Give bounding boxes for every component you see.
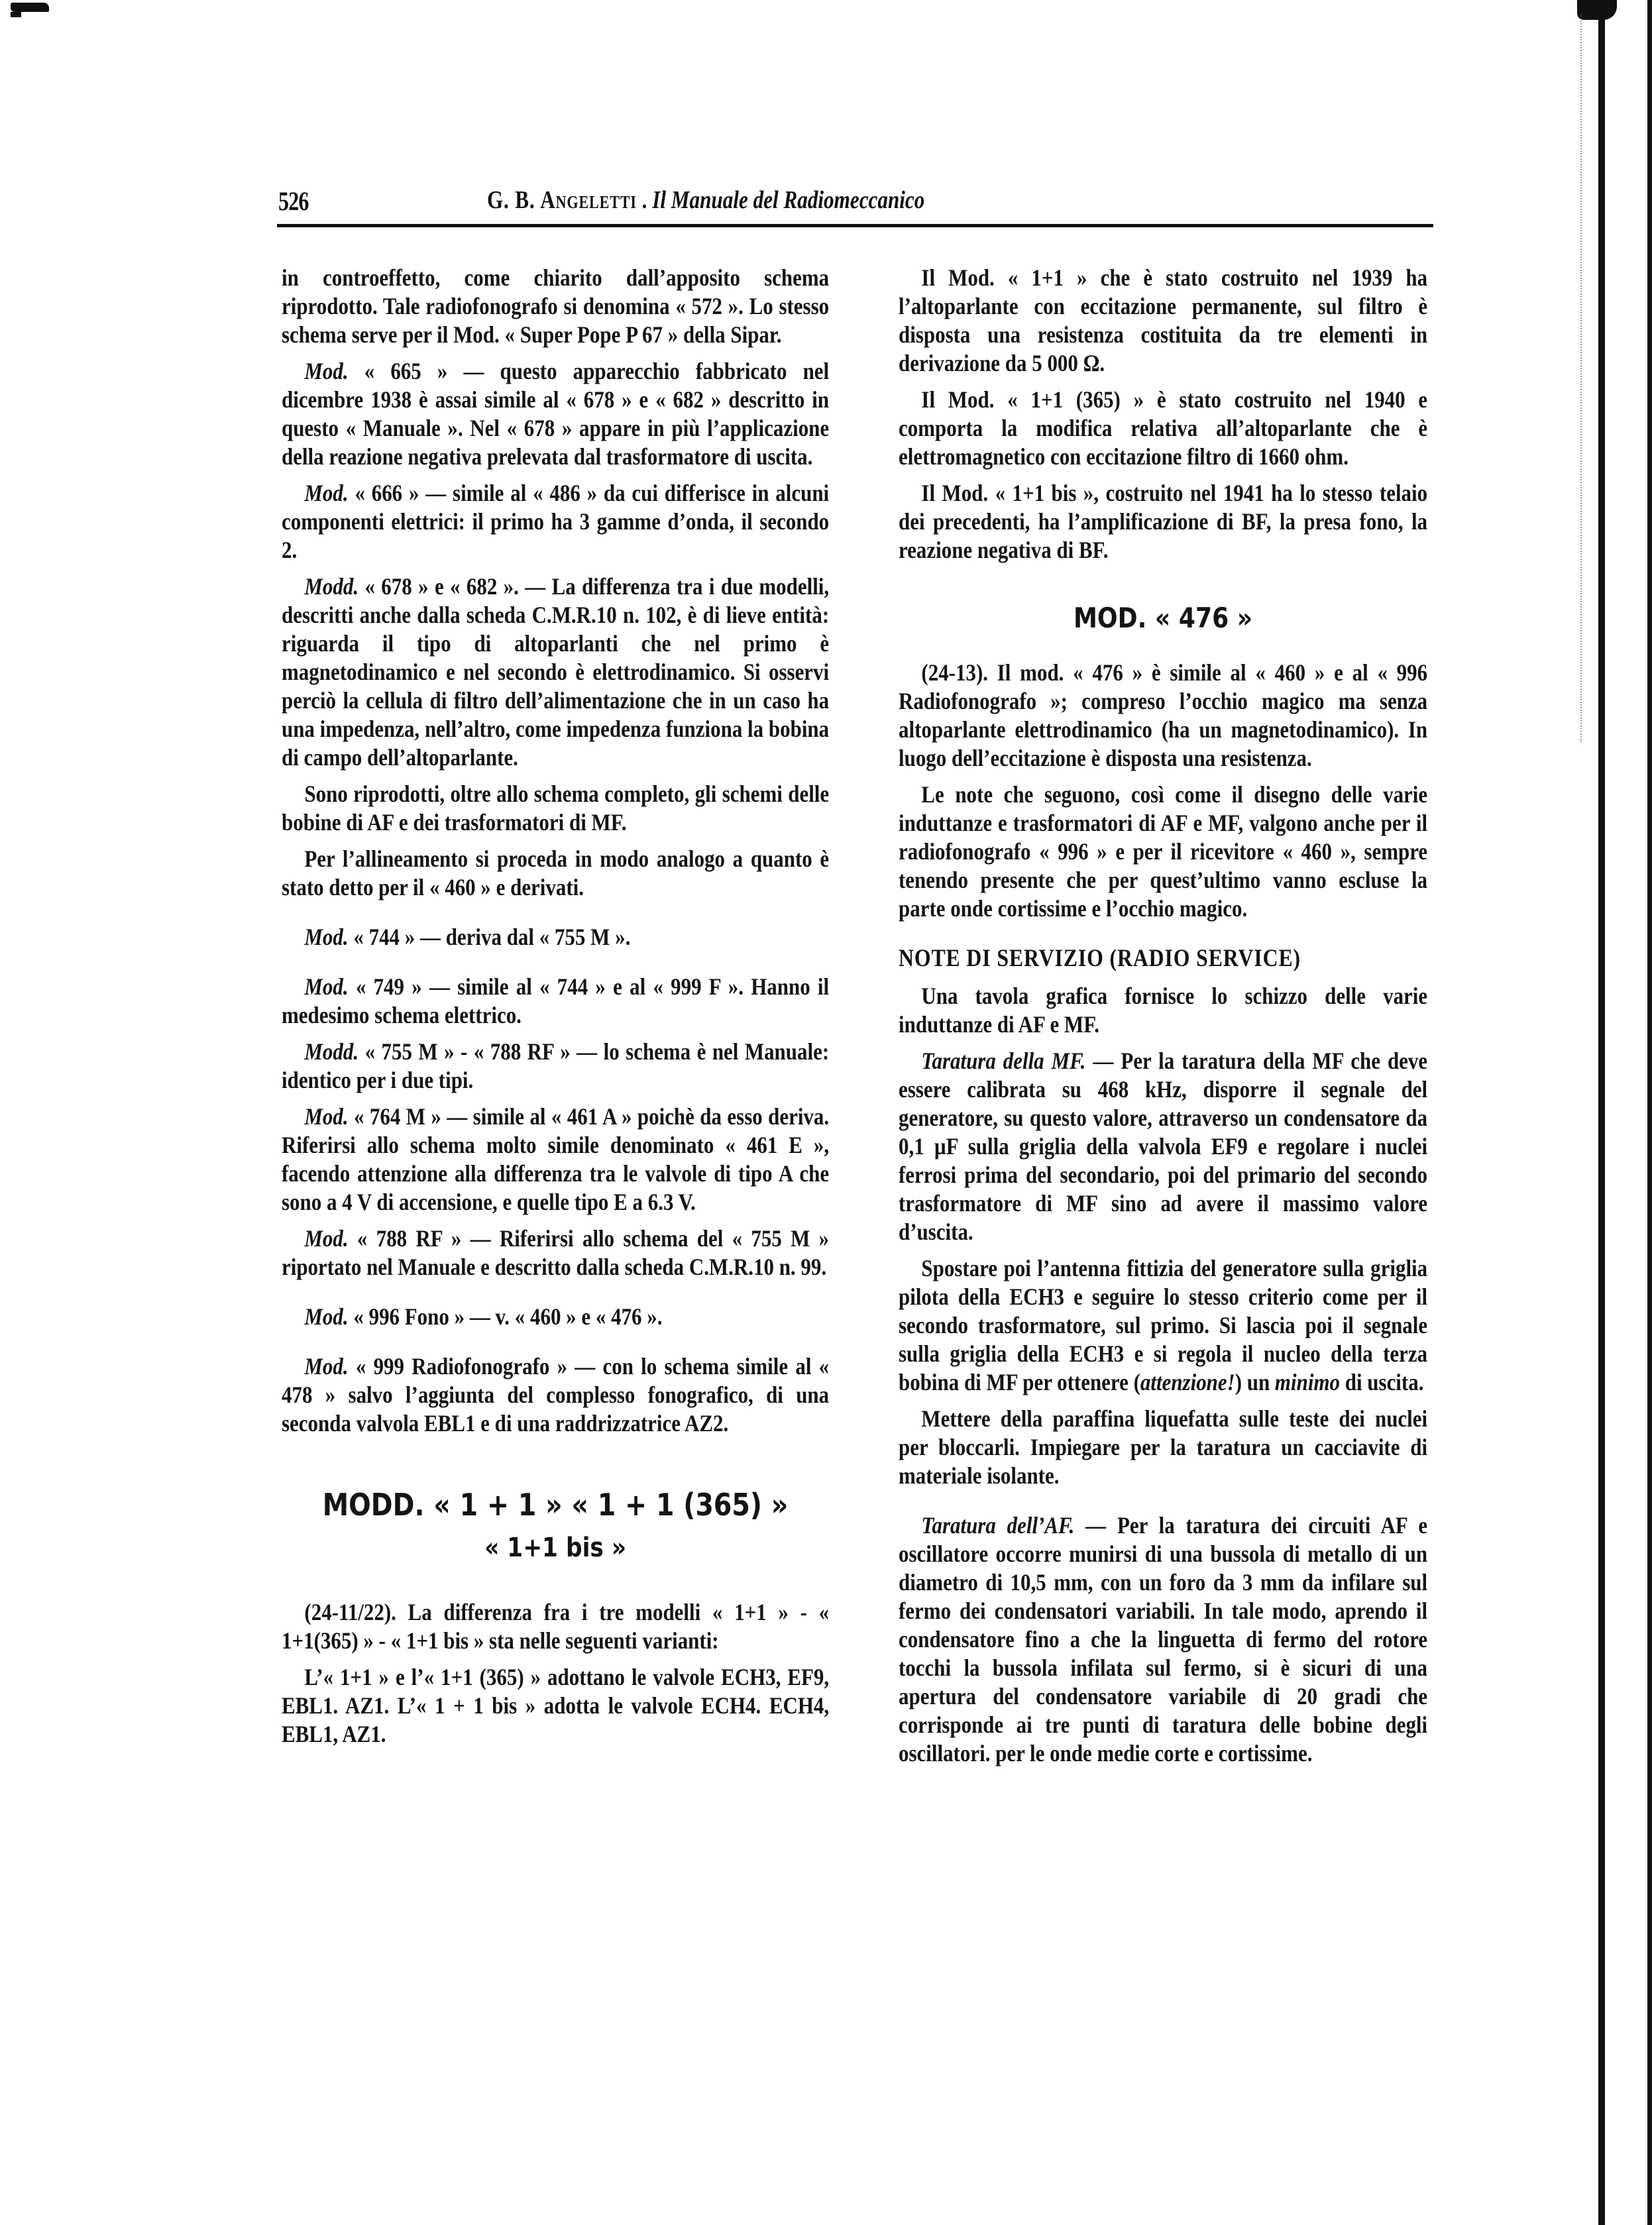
paragraph-text: in controeffetto, come chiarito dall’app…	[282, 264, 829, 348]
section-heading-subtitle: « 1+1 bis »	[282, 1532, 829, 1564]
spacer	[282, 910, 829, 923]
right-column-body: Il Mod. « 1+1 » che è stato costruito ne…	[899, 264, 1427, 1768]
paragraph-text: « 755 M » - « 788 RF » — lo schema è nel…	[282, 1038, 829, 1093]
header-rule	[277, 224, 1433, 227]
paragraph-text: « 764 M » — simile al « 461 A » poichè d…	[282, 1103, 829, 1215]
paragraph-text: Il Mod. « 1+1 (365) » è stato costruito …	[899, 386, 1427, 470]
model-label: Mod.	[304, 1353, 348, 1380]
model-label: Modd.	[304, 1038, 358, 1065]
author-surname-rest: NGELETTI	[556, 192, 637, 212]
paragraph: Le note che seguono, così come il disegn…	[899, 781, 1427, 923]
paragraph: Mod. « 996 Fono » — v. « 460 » e « 476 »…	[282, 1303, 829, 1331]
paragraph-text: (24-11/22). La differenza fra i tre mode…	[282, 1599, 829, 1654]
model-label: Mod.	[304, 1103, 348, 1130]
paragraph: Taratura della MF. — Per la taratura del…	[899, 1047, 1427, 1246]
paragraph: Mod. « 744 » — deriva dal « 755 M ».	[282, 923, 829, 951]
spacer	[282, 1472, 829, 1486]
binding-shadow	[1577, 0, 1617, 20]
section-heading: MOD. « 476 »	[899, 599, 1427, 637]
service-notes-heading: NOTE DI SERVIZIO (RADIO SERVICE)	[899, 944, 1427, 973]
binding-shadow	[1598, 0, 1605, 2225]
paragraph: Taratura dell’AF. — Per la taratura dei …	[899, 1511, 1427, 1768]
spacer	[282, 1572, 829, 1598]
paragraph-text: Una tavola grafica fornisce lo schizzo d…	[899, 983, 1427, 1038]
paragraph: Mod. « 665 » — questo apparecchio fabbri…	[282, 357, 829, 471]
procedure-label: Taratura della MF.	[921, 1048, 1085, 1074]
paragraph-text: « 666 » — simile al « 486 » da cui diffe…	[282, 480, 829, 563]
procedure-label: Taratura dell’AF.	[921, 1512, 1074, 1539]
model-label: Mod.	[304, 1225, 348, 1252]
paragraph-text: di uscita.	[1340, 1369, 1423, 1395]
page-edge	[1647, 0, 1652, 2225]
paragraph: Modd. « 755 M » - « 788 RF » — lo schema…	[282, 1038, 829, 1095]
spacer	[282, 1289, 829, 1303]
right-column: Il Mod. « 1+1 » che è stato costruito ne…	[899, 264, 1427, 1776]
running-title: G. B. ANGELETTI . Il Manuale del Radiome…	[487, 186, 924, 215]
paragraph: Mod. « 764 M » — simile al « 461 A » poi…	[282, 1103, 829, 1217]
author-surname-initial: A	[540, 186, 555, 214]
paragraph: Per l’allineamento si proceda in modo an…	[282, 845, 829, 902]
model-label: Mod.	[304, 358, 348, 384]
running-header: 526 G. B. ANGELETTI . Il Manuale del Rad…	[272, 179, 1438, 219]
paragraph-text: Sono riprodotti, oltre allo schema compl…	[282, 781, 829, 836]
left-column-body: in controeffetto, come chiarito dall’app…	[282, 264, 829, 1749]
paragraph-text: (24-13). Il mod. « 476 » è simile al « 4…	[899, 659, 1427, 771]
paragraph-text: L’« 1+1 » e l’« 1+1 (365) » adottano le …	[282, 1664, 829, 1747]
scanned-book-page: 526 G. B. ANGELETTI . Il Manuale del Rad…	[0, 0, 1652, 2225]
spacer	[899, 645, 1427, 659]
emphasis: attenzione!	[1140, 1369, 1235, 1395]
spacer	[282, 959, 829, 973]
paragraph-text: « 678 » e « 682 ». — La differenza tra i…	[282, 573, 829, 771]
paragraph: L’« 1+1 » e l’« 1+1 (365) » adottano le …	[282, 1663, 829, 1749]
model-label: Modd.	[304, 573, 358, 600]
paragraph-text: un	[1242, 1369, 1275, 1395]
paragraph: Mod. « 749 » — simile al « 744 » e al « …	[282, 973, 829, 1030]
spacer	[899, 1498, 1427, 1511]
model-label: Mod.	[304, 1303, 348, 1330]
paragraph: Una tavola grafica fornisce lo schizzo d…	[899, 982, 1427, 1039]
title-separator: .	[642, 186, 647, 214]
page-number: 526	[278, 186, 309, 217]
paragraph-text: « 996 Fono » — v. « 460 » e « 476 ».	[349, 1303, 663, 1330]
paragraph: Il Mod. « 1+1 » che è stato costruito ne…	[899, 264, 1427, 378]
author-initials: G. B.	[487, 186, 535, 214]
paragraph: Mod. « 666 » — simile al « 486 » da cui …	[282, 479, 829, 565]
scan-artifact	[11, 12, 21, 17]
section-heading: MODD. « 1 + 1 » « 1 + 1 (365) »	[282, 1486, 829, 1524]
spacer	[282, 1339, 829, 1352]
emphasis: minimo	[1275, 1369, 1340, 1395]
paragraph-text: « 788 RF » — Riferirsi allo schema del «…	[282, 1225, 829, 1280]
scan-artifact	[1580, 13, 1583, 742]
model-label: Mod.	[304, 924, 348, 950]
paragraph: Mettere della paraffina liquefatta sulle…	[899, 1405, 1427, 1490]
paragraph: Il Mod. « 1+1 (365) » è stato costruito …	[899, 386, 1427, 471]
paragraph-text: Il Mod. « 1+1 bis », costruito nel 1941 …	[899, 480, 1427, 563]
spacer	[899, 572, 1427, 599]
paragraph-text: « 749 » — simile al « 744 » e al « 999 F…	[282, 973, 829, 1028]
model-label: Mod.	[304, 973, 348, 1000]
spacer	[899, 931, 1427, 944]
paragraph-text: « 999 Radiofonografo » — con lo schema s…	[282, 1353, 829, 1437]
paragraph: (24-13). Il mod. « 476 » è simile al « 4…	[899, 659, 1427, 773]
paragraph-text: Le note che seguono, così come il disegn…	[899, 781, 1427, 922]
paragraph-text: « 744 » — deriva dal « 755 M ».	[349, 924, 631, 950]
paragraph: Spostare poi l’antenna fittizia del gene…	[899, 1254, 1427, 1397]
paragraph-text: Mettere della paraffina liquefatta sulle…	[899, 1405, 1427, 1489]
paragraph: Mod. « 999 Radiofonografo » — con lo sch…	[282, 1352, 829, 1438]
paragraph: Il Mod. « 1+1 bis », costruito nel 1941 …	[899, 479, 1427, 565]
paragraph-text: Per l’allineamento si proceda in modo an…	[282, 845, 829, 900]
paragraph: in controeffetto, come chiarito dall’app…	[282, 264, 829, 349]
paragraph-text: — Per la taratura della MF che deve esse…	[899, 1048, 1427, 1245]
paragraph-text: « 665 » — questo apparecchio fabbricato …	[282, 358, 829, 470]
paragraph: Mod. « 788 RF » — Riferirsi allo schema …	[282, 1224, 829, 1281]
spacer	[282, 1446, 829, 1472]
book-title: Il Manuale del Radiomeccanico	[652, 186, 924, 214]
paragraph-text: Il Mod. « 1+1 » che è stato costruito ne…	[899, 264, 1427, 376]
paragraph: Sono riprodotti, oltre allo schema compl…	[282, 780, 829, 837]
model-label: Mod.	[304, 480, 348, 506]
scan-artifact	[11, 3, 49, 12]
paragraph: Modd. « 678 » e « 682 ». — La differenza…	[282, 572, 829, 772]
left-column: in controeffetto, come chiarito dall’app…	[282, 264, 829, 1757]
paragraph-text: — Per la taratura dei circuiti AF e osci…	[899, 1512, 1427, 1766]
paragraph: (24-11/22). La differenza fra i tre mode…	[282, 1598, 829, 1655]
